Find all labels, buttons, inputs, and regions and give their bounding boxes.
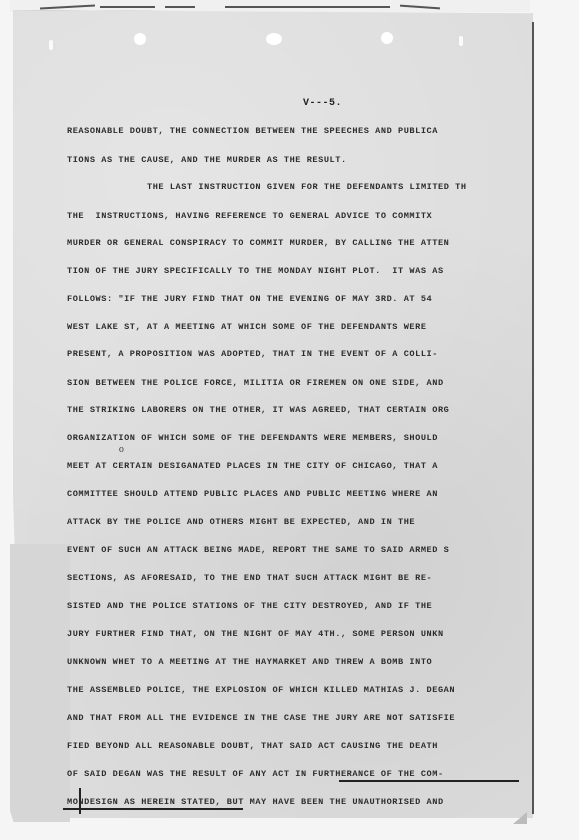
text-line: MURDER OR GENERAL CONSPIRACY TO COMMIT M… [67,238,449,248]
text-line: FIED BEYOND ALL REASONABLE DOUBT, THAT S… [67,741,438,751]
staple-mark [49,40,53,50]
text-line: THE STRIKING LABORERS ON THE OTHER, IT W… [67,405,449,415]
punch-hole [266,33,282,45]
text-line: OF SAID DEGAN WAS THE RESULT OF ANY ACT … [67,769,444,779]
punch-hole [134,33,146,45]
text-line: EVENT OF SUCH AN ATTACK BEING MADE, REPO… [67,545,449,555]
top-pen-stroke [165,6,195,8]
text-line: WEST LAKE ST, AT A MEETING AT WHICH SOME… [67,322,427,332]
text-line: TIONS AS THE CAUSE, AND THE MURDER AS TH… [67,155,347,165]
text-line: SECTIONS, AS AFORESAID, TO THE END THAT … [67,573,432,583]
scanned-document-page: V---5. REASONABLE DOUBT, THE CONNECTION … [0,0,579,840]
punch-hole [381,32,393,44]
text-line: SISTED AND THE POLICE STATIONS OF THE CI… [67,601,432,611]
top-pen-stroke [225,6,390,8]
folded-corner [513,812,527,824]
text-line: COMMITTEE SHOULD ATTEND PUBLIC PLACES AN… [67,489,438,499]
mended-paper-piece [10,544,70,822]
top-pen-stroke [100,6,155,8]
text-line: THE ASSEMBLED POLICE, THE EXPLOSION OF W… [67,685,455,695]
text-line: ATTACK BY THE POLICE AND OTHERS MIGHT BE… [67,517,415,527]
text-line: AND THAT FROM ALL THE EVIDENCE IN THE CA… [67,713,455,723]
text-line: SION BETWEEN THE POLICE FORCE, MILITIA O… [67,378,444,388]
text-line: UNKNOWN WHET TO A MEETING AT THE HAYMARK… [67,657,432,667]
text-line: FOLLOWS: "IF THE JURY FIND THAT ON THE E… [67,294,432,304]
text-line: JURY FURTHER FIND THAT, ON THE NIGHT OF … [67,629,444,639]
text-line: MEET AT CERTAIN DESIGANATED PLACES IN TH… [67,461,438,471]
page-number: V---5. [303,98,342,109]
text-line: MONDESIGN AS HEREIN STATED, BUT MAY HAVE… [67,797,444,807]
text-line: REASONABLE DOUBT, THE CONNECTION BETWEEN… [67,126,438,136]
text-line: THE LAST INSTRUCTION GIVEN FOR THE DEFEN… [147,182,467,192]
underline-mark [63,808,243,810]
text-line: THE INSTRUCTIONS, HAVING REFERENCE TO GE… [67,211,432,221]
handwritten-stroke [79,788,81,814]
handwritten-correction-mark: ₀ [119,441,124,455]
underline-mark [339,780,519,782]
text-line: PRESENT, A PROPOSITION WAS ADOPTED, THAT… [67,349,438,359]
paper-right-edge [532,22,534,814]
text-line: TION OF THE JURY SPECIFICALLY TO THE MON… [67,266,444,276]
staple-mark [459,36,463,46]
